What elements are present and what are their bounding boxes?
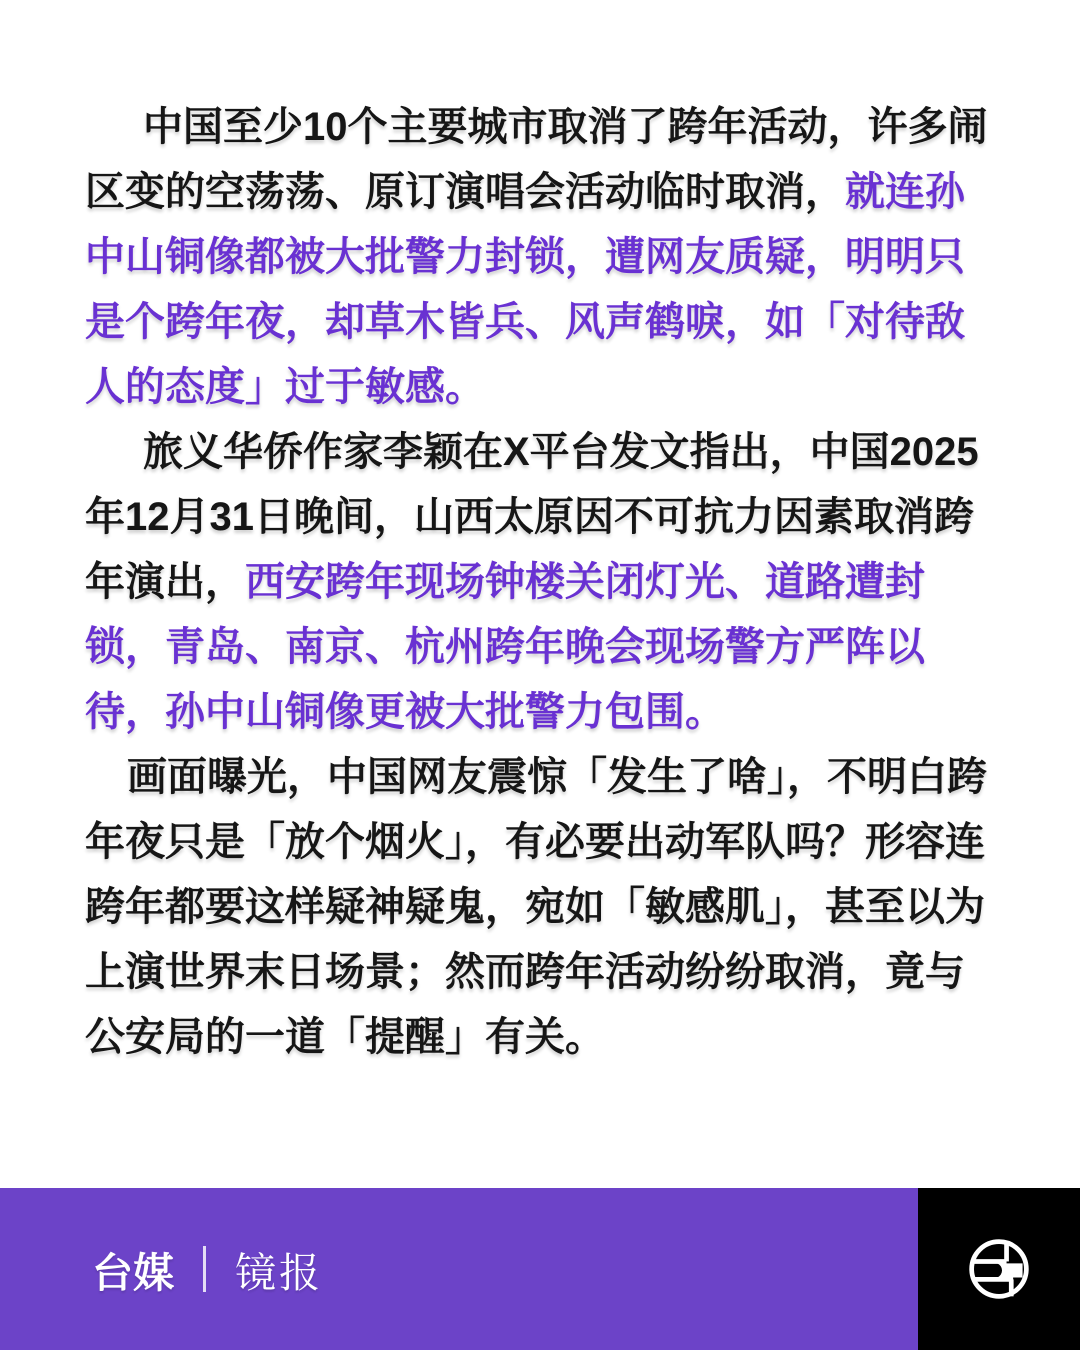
footer-divider [203, 1246, 206, 1292]
news-card: 中国至少10个主要城市取消了跨年活动，许多闹 区变的空荡荡、原订演唱会活动临时取… [0, 0, 1080, 1350]
article-paragraph: 中国至少10个主要城市取消了跨年活动，许多闹 区变的空荡荡、原订演唱会活动临时取… [85, 95, 1060, 420]
footer-bar: 台媒 镜报 [0, 1188, 918, 1350]
article-body: 中国至少10个主要城市取消了跨年活动，许多闹 区变的空荡荡、原订演唱会活动临时取… [85, 95, 1060, 1070]
mirror-media-logo-icon [966, 1236, 1032, 1302]
text-run-black: 画面曝光，中国网友震惊「发生了啥」，不明白跨 年夜只是「放个烟火」，有必要出动军… [85, 755, 987, 1059]
article-paragraph: 画面曝光，中国网友震惊「发生了啥」，不明白跨 年夜只是「放个烟火」，有必要出动军… [85, 745, 1060, 1070]
logo-box [918, 1188, 1080, 1350]
footer-source-label: 台媒 [92, 1240, 174, 1299]
article-paragraph: 旅义华侨作家李颖在X平台发文指出，中国2025 年12月31日晚间，山西太原因不… [85, 420, 1060, 745]
footer-brand-label: 镜报 [235, 1240, 323, 1299]
page: { "colors": { "page_background": "#FFFFF… [0, 0, 1080, 1350]
